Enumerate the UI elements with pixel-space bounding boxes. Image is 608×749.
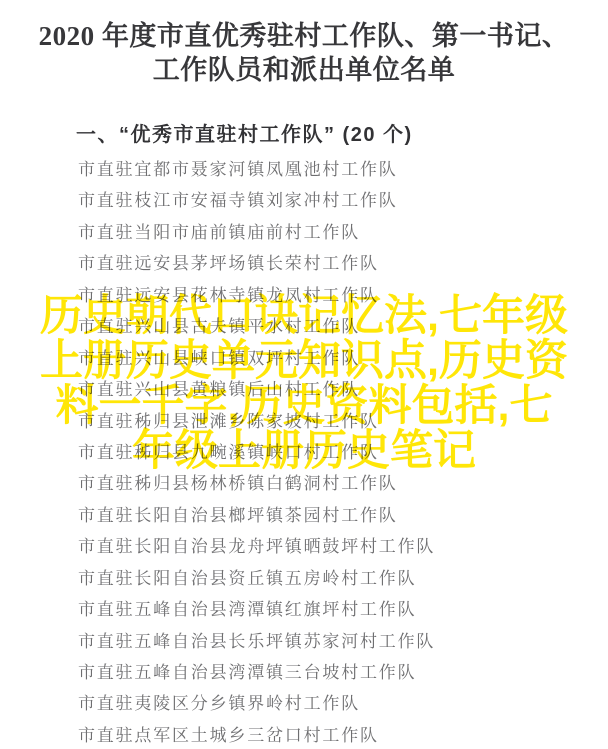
document-title: 2020 年度市直优秀驻村工作队、第一书记、 工作队员和派出单位名单 <box>0 19 608 87</box>
document-content: 2020 年度市直优秀驻村工作队、第一书记、 工作队员和派出单位名单 一、“优秀… <box>0 0 608 749</box>
team-list-item: 市直驻兴山县黄粮镇后山村工作队 <box>78 374 578 405</box>
section-heading: 一、“优秀市直驻村工作队” (20 个) <box>76 123 413 148</box>
team-list-item: 市直驻秭归县九畹溪镇峡口村工作队 <box>78 437 578 468</box>
document-title-line2: 工作队员和派出单位名单 <box>153 55 456 85</box>
team-list-item: 市直驻兴山县古夫镇平水村工作队 <box>78 311 578 342</box>
team-list-item: 市直驻秭归县泄滩乡陈家坡村工作队 <box>78 406 578 437</box>
team-list-item: 市直驻点军区土城乡三岔口村工作队 <box>78 720 578 749</box>
team-list: 市直驻宜都市聂家河镇凤凰池村工作队市直驻枝江市安福寺镇刘家冲村工作队市直驻当阳市… <box>78 154 578 749</box>
team-list-item: 市直驻远安县花林寺镇龙凤村工作队 <box>78 280 578 311</box>
team-list-item: 市直驻夷陵区分乡镇界岭村工作队 <box>78 688 578 719</box>
team-list-item: 市直驻长阳自治县榔坪镇茶园村工作队 <box>78 500 578 531</box>
team-list-item: 市直驻当阳市庙前镇庙前村工作队 <box>78 217 578 248</box>
team-list-item: 市直驻枝江市安福寺镇刘家冲村工作队 <box>78 185 578 216</box>
team-list-item: 市直驻兴山县峡口镇双坪村工作队 <box>78 343 578 374</box>
team-list-item: 市直驻五峰自治县长乐坪镇苏家河村工作队 <box>78 626 578 657</box>
team-list-item: 市直驻长阳自治县龙舟坪镇晒鼓坪村工作队 <box>78 531 578 562</box>
team-list-item: 市直驻秭归县杨林桥镇白鹤洞村工作队 <box>78 468 578 499</box>
document-title-line1: 2020 年度市直优秀驻村工作队、第一书记、 <box>39 21 570 51</box>
team-list-item: 市直驻长阳自治县资丘镇五房岭村工作队 <box>78 563 578 594</box>
team-list-item: 市直驻远安县茅坪场镇长荣村工作队 <box>78 248 578 279</box>
document-page: 2020 年度市直优秀驻村工作队、第一书记、 工作队员和派出单位名单 一、“优秀… <box>0 0 608 749</box>
team-list-item: 市直驻五峰自治县湾潭镇三台坡村工作队 <box>78 657 578 688</box>
team-list-item: 市直驻五峰自治县湾潭镇红旗坪村工作队 <box>78 594 578 625</box>
team-list-item: 市直驻宜都市聂家河镇凤凰池村工作队 <box>78 154 578 185</box>
